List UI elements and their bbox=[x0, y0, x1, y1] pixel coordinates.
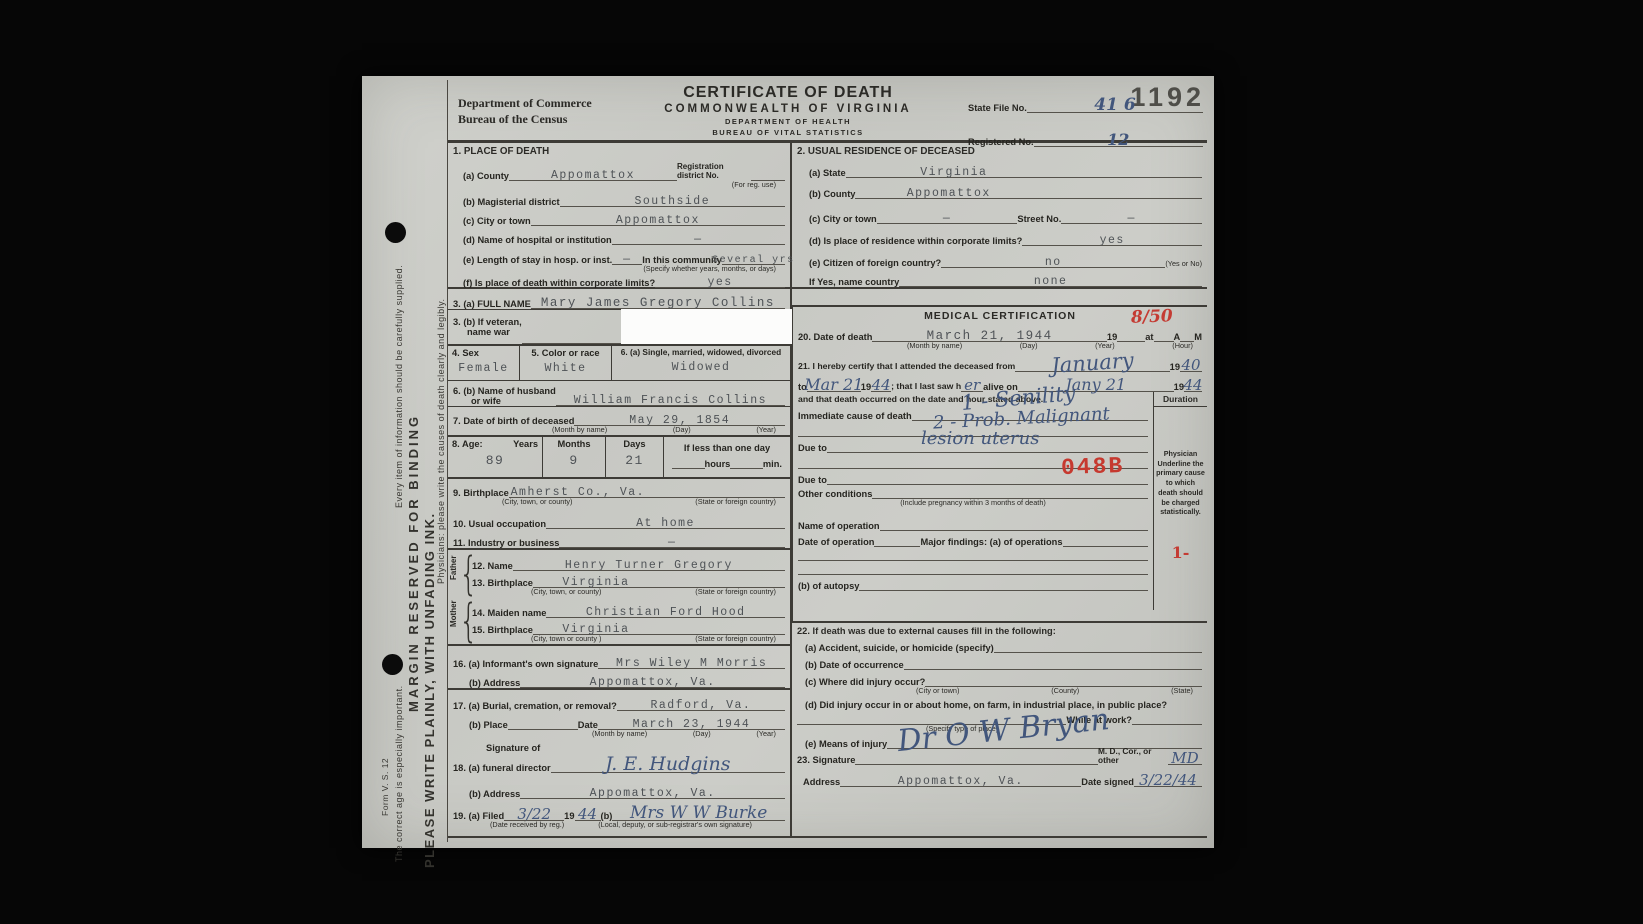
age-label: 8. Age: bbox=[452, 439, 483, 449]
duration-column: Duration Physician Underline the primary… bbox=[1153, 392, 1207, 610]
months-header: Months bbox=[543, 437, 605, 451]
filed-label: 19. (a) Filed bbox=[453, 811, 504, 821]
informant-label: 16. (a) Informant's own signature bbox=[453, 659, 598, 669]
blank-line: March 23, 1944 bbox=[598, 716, 785, 730]
operation-name-row: Name of operation bbox=[793, 515, 1153, 531]
magisterial-label: (b) Magisterial district bbox=[463, 197, 560, 207]
blank-line: March 21, 1944 bbox=[872, 327, 1107, 342]
death-hour-note: (Hour) bbox=[1172, 341, 1193, 350]
yes-no-note: (Yes or No) bbox=[1165, 259, 1202, 268]
birthplace-note2: (State or foreign country) bbox=[695, 497, 776, 506]
corp-limits-value: yes bbox=[707, 276, 732, 289]
informant-address-value: Appomattox, Va. bbox=[590, 676, 716, 689]
less-than-day-label: If less than one day bbox=[664, 437, 790, 455]
blank-line: Christian Ford Hood bbox=[546, 604, 785, 618]
hospital-label: (d) Name of hospital or institution bbox=[463, 235, 612, 245]
blank-line bbox=[1180, 341, 1194, 342]
redaction-box bbox=[621, 309, 792, 344]
hours-label: hours bbox=[705, 459, 731, 469]
blank-line: 44 bbox=[575, 802, 601, 821]
occurrence-date-label: (b) Date of occurrence bbox=[805, 660, 904, 670]
birth-date-block: 7. Date of birth of deceased May 29, 185… bbox=[448, 407, 790, 437]
age-years-cell: 8. Age: Years 89 bbox=[448, 437, 543, 477]
form-header: Department of Commerce Bureau of the Cen… bbox=[448, 80, 1207, 140]
county-value: Appomattox bbox=[551, 169, 635, 182]
years-header: Years bbox=[513, 439, 538, 449]
right-column: 2. USUAL RESIDENCE OF DECEASED (a) State… bbox=[792, 143, 1207, 836]
field-row: (d) Name of hospital or institution — bbox=[448, 226, 790, 245]
blank-line bbox=[1117, 341, 1145, 342]
pregnancy-note: (Include pregnancy within 3 months of de… bbox=[900, 498, 1046, 507]
blank-line: yes bbox=[1022, 232, 1202, 246]
blank-line: January bbox=[1015, 347, 1169, 372]
occupation-row: 10. Usual occupation At home bbox=[448, 509, 790, 529]
blank-line: 40 bbox=[1180, 353, 1202, 372]
am-a: A bbox=[1174, 332, 1181, 342]
birthplace-label: 9. Birthplace bbox=[453, 488, 509, 498]
accident-label: (a) Accident, suicide, or homicide (spec… bbox=[805, 643, 994, 653]
margin-note-physicians: Physicians: please write the causes of d… bbox=[436, 299, 446, 584]
blank-line bbox=[659, 587, 785, 588]
margin-plainly: PLEASE WRITE PLAINLY, WITH UNFADING INK. bbox=[422, 512, 437, 868]
accident-row: (a) Accident, suicide, or homicide (spec… bbox=[792, 636, 1207, 653]
funeral-director-label: 18. (a) funeral director bbox=[453, 763, 551, 773]
citizen-label: (e) Citizen of foreign country? bbox=[809, 258, 941, 268]
injury-where-label: (c) Where did injury occur? bbox=[805, 677, 925, 687]
dept-health-line: DEPARTMENT OF HEALTH bbox=[628, 117, 948, 126]
race-label: 5. Color or race bbox=[520, 346, 611, 360]
signature-label: 23. Signature bbox=[797, 755, 855, 765]
age-months-cell: Months 9 bbox=[543, 437, 606, 477]
other-conditions-row: Other conditions bbox=[793, 485, 1153, 499]
blank-line bbox=[672, 468, 705, 469]
section22-title: 22. If death was due to external causes … bbox=[792, 623, 1207, 636]
section-place-of-death: 1. PLACE OF DEATH (a) County Appomattox … bbox=[448, 143, 790, 289]
operation-name-label: Name of operation bbox=[798, 521, 880, 531]
field-row: (e) Citizen of foreign country? no (Yes … bbox=[792, 246, 1207, 268]
field-row: (b) County Appomattox bbox=[792, 178, 1207, 199]
race-value: White bbox=[520, 362, 611, 375]
blank-line: — bbox=[1061, 210, 1202, 224]
age-days-value: 21 bbox=[606, 453, 663, 468]
informant-address-row: (b) Address Appomattox, Va. bbox=[448, 669, 790, 690]
sex-race-marital-row: 4. Sex Female 5. Color or race White 6. … bbox=[448, 346, 790, 381]
blank-line: Mrs Wiley M Morris bbox=[598, 655, 785, 669]
blank-line: Radford, Va. bbox=[617, 697, 785, 711]
field-row: (a) County Appomattox Registration distr… bbox=[448, 157, 790, 181]
date-signed-label: Date signed bbox=[1081, 777, 1134, 787]
operation-date-label: Date of operation bbox=[798, 537, 874, 547]
attended-label: 21. I hereby certify that I attended the… bbox=[798, 362, 1015, 372]
code-stamp: 048B bbox=[1061, 453, 1125, 481]
birthplace-value: Amherst Co., Va. bbox=[511, 486, 645, 499]
blank-line: Southside bbox=[560, 193, 785, 207]
blank-line: Several yrs bbox=[722, 253, 785, 265]
spouse-label: 6. (b) Name of husbandor wife bbox=[453, 386, 556, 406]
field-row: (c) City or town — Street No. — bbox=[792, 199, 1207, 224]
blank-line bbox=[659, 634, 785, 635]
blank-line: no bbox=[941, 254, 1165, 268]
blank-line: 3/22/44 bbox=[1134, 768, 1202, 787]
due-to-label2: Due to bbox=[798, 475, 827, 485]
stay-value: — bbox=[623, 253, 631, 266]
date-signed-value: 3/22/44 bbox=[1139, 771, 1197, 789]
age-days-cell: Days 21 bbox=[606, 437, 664, 477]
county-label: (a) County bbox=[463, 171, 509, 181]
reg-district-label: Registration district No. bbox=[677, 163, 751, 181]
field-row: (d) Is place of residence within corpora… bbox=[792, 224, 1207, 246]
industry-value: — bbox=[668, 536, 676, 549]
blank-line bbox=[1132, 724, 1202, 725]
mother-name-row: 14. Maiden name Christian Ford Hood bbox=[467, 599, 790, 618]
blank-line: Virginia bbox=[533, 621, 659, 635]
blank-line: — bbox=[559, 534, 785, 548]
blank-line: J. E. Hudgins bbox=[551, 750, 785, 773]
burial-row: 17. (a) Burial, cremation, or removal? R… bbox=[448, 690, 790, 711]
blank-line: Appomattox bbox=[855, 185, 1202, 199]
birth-date-label: 7. Date of birth of deceased bbox=[453, 416, 574, 426]
mother-note2: (State or foreign country) bbox=[695, 634, 776, 643]
bureau-census: Bureau of the Census bbox=[458, 112, 592, 128]
burial-year-note: (Year) bbox=[756, 729, 776, 738]
marital-value: Widowed bbox=[612, 361, 790, 374]
physician-note: Physician Underline the primary cause to… bbox=[1154, 449, 1207, 517]
immediate-cause-label: Immediate cause of death bbox=[798, 411, 912, 421]
reg-use-note: (For reg. use) bbox=[732, 180, 776, 189]
blank-line: MD bbox=[1168, 746, 1202, 765]
community-label: In this community bbox=[642, 255, 722, 265]
blank-line: — bbox=[612, 231, 785, 245]
occupation-label: 10. Usual occupation bbox=[453, 519, 546, 529]
blank-line: — bbox=[612, 251, 642, 265]
blank-line: Mrs W W Burke bbox=[612, 800, 785, 821]
blank-line: William Francis Collins bbox=[556, 392, 785, 406]
filed-b-label: (b) bbox=[601, 811, 613, 821]
funeral-address-label: (b) Address bbox=[469, 789, 520, 799]
county-note: (County) bbox=[1051, 686, 1079, 695]
punch-hole bbox=[382, 654, 403, 675]
last-saw-year: 44 bbox=[1183, 376, 1202, 394]
father-name-row: 12. Name Henry Turner Gregory bbox=[467, 552, 790, 571]
death-19: 19 bbox=[1107, 332, 1117, 342]
blank-line bbox=[751, 180, 785, 181]
at-label: at bbox=[1145, 332, 1153, 342]
blank-line: 44 bbox=[1184, 373, 1202, 392]
father-brace: { bbox=[459, 548, 467, 601]
blank-line: Henry Turner Gregory bbox=[513, 557, 785, 571]
less-than-day-cell: If less than one day hours min. bbox=[664, 437, 790, 477]
min-label: min. bbox=[763, 459, 782, 469]
age-block: 8. Age: Years 89 Months 9 Days 21 I bbox=[448, 437, 790, 479]
month-note: (Month by name) bbox=[552, 425, 607, 434]
funeral-director-block: Signature of 18. (a) funeral director J.… bbox=[448, 741, 790, 781]
left-column: 1. PLACE OF DEATH (a) County Appomattox … bbox=[448, 143, 792, 836]
informant-address-label: (b) Address bbox=[469, 678, 520, 688]
res-county-label: (b) County bbox=[809, 189, 855, 199]
physician-address-row: Address Appomattox, Va. Date signed 3/22… bbox=[792, 765, 1207, 787]
due-to-label1: Due to bbox=[798, 443, 827, 453]
blank-line: May 29, 1854 bbox=[574, 412, 785, 426]
blank-line: Appomattox bbox=[509, 167, 677, 181]
section2-title: 2. USUAL RESIDENCE OF DECEASED bbox=[792, 143, 1207, 157]
physician-address-value: Appomattox, Va. bbox=[898, 775, 1024, 788]
blank-line: Appomattox, Va. bbox=[520, 785, 785, 799]
blank-line: Mar 21 bbox=[807, 372, 861, 392]
city-label: (c) City or town bbox=[463, 216, 531, 226]
blank-line bbox=[1154, 341, 1174, 342]
state-label: (a) State bbox=[809, 168, 846, 178]
res-corp-label: (d) Is place of residence within corpora… bbox=[809, 236, 1022, 246]
blank-line: 3/22 bbox=[504, 802, 564, 821]
issuing-agency: Department of Commerce Bureau of the Cen… bbox=[458, 96, 592, 127]
res-city-label: (c) City or town bbox=[809, 214, 877, 224]
field-row: (a) State Virginia bbox=[792, 157, 1207, 178]
file-numbers: 1192 State File No. 41 6 Registered No. … bbox=[968, 92, 1203, 147]
death-date-row: 20. Date of death March 21, 1944 19 at A… bbox=[793, 322, 1207, 342]
burial-date-label: Date bbox=[578, 720, 598, 730]
blank-line bbox=[730, 468, 763, 469]
margin-binding: MARGIN RESERVED FOR BINDING bbox=[406, 414, 421, 712]
cause-handwriting-3: lesion uterus bbox=[921, 428, 1039, 449]
margin-note-supplied: Every item of information should be care… bbox=[394, 265, 404, 508]
cause-of-death-area: and that death occurred on the date and … bbox=[793, 392, 1153, 610]
age-years-value: 89 bbox=[448, 453, 542, 468]
field-row: (e) Length of stay in hosp. or inst. — I… bbox=[448, 245, 790, 265]
community-value: Several yrs bbox=[712, 255, 795, 266]
margin-note-age: The correct age is especially important. bbox=[394, 685, 404, 862]
other-conditions-label: Other conditions bbox=[798, 489, 872, 499]
filed-19: 19 bbox=[564, 811, 574, 821]
funeral-address-row: (b) Address Appomattox, Va. bbox=[448, 781, 790, 799]
blank-line bbox=[925, 686, 1202, 687]
section1-title: 1. PLACE OF DEATH bbox=[448, 143, 790, 157]
mother-bp-label: 15. Birthplace bbox=[472, 625, 533, 635]
filed-year-value: 44 bbox=[578, 805, 597, 823]
mother-block: Mother { 14. Maiden name Christian Ford … bbox=[448, 598, 790, 646]
medical-certification-box: MEDICAL CERTIFICATION 8/50 20. Date of d… bbox=[792, 305, 1207, 623]
name-country-value: none bbox=[1034, 275, 1068, 288]
blank-line: none bbox=[899, 273, 1202, 287]
father-block: Father { 12. Name Henry Turner Gregory 1… bbox=[448, 550, 790, 598]
blank-line: yes bbox=[655, 274, 785, 288]
field-row: (b) Magisterial district Southside bbox=[448, 189, 790, 207]
year-note: (Year) bbox=[756, 425, 776, 434]
full-name-value: Mary James Gregory Collins bbox=[541, 296, 775, 310]
age-months-value: 9 bbox=[543, 453, 605, 468]
field-row: If Yes, name country none bbox=[792, 268, 1207, 287]
injury-place-label: (d) Did injury occur in or about home, o… bbox=[805, 700, 1167, 710]
spouse-value: William Francis Collins bbox=[574, 394, 767, 407]
race-cell: 5. Color or race White bbox=[520, 346, 612, 380]
blank-line: Appomattox bbox=[531, 212, 785, 226]
death-date-label: 20. Date of death bbox=[798, 332, 872, 342]
veteran-label: 3. (b) If veteran,name war bbox=[453, 317, 522, 337]
father-bp-row: 13. Birthplace Virginia bbox=[467, 571, 790, 588]
spouse-row: 6. (b) Name of husbandor wife William Fr… bbox=[448, 381, 790, 407]
blank-line: Appomattox, Va. bbox=[520, 674, 785, 688]
form-number: Form V. S. 12 bbox=[380, 758, 390, 816]
filed-date-value: 3/22 bbox=[517, 805, 551, 823]
burial-label: 17. (a) Burial, cremation, or removal? bbox=[453, 701, 617, 711]
certificate-title: CERTIFICATE OF DEATH bbox=[628, 84, 948, 102]
death-date-value: March 21, 1944 bbox=[927, 329, 1053, 343]
attended-19a: 19 bbox=[1170, 362, 1180, 372]
sex-label: 4. Sex bbox=[448, 346, 519, 360]
certificate-paper: Form V. S. 12 Every item of information … bbox=[362, 76, 1214, 848]
corp-limits-label: (f) Is place of death within corporate l… bbox=[463, 278, 655, 288]
punch-hole bbox=[385, 222, 406, 243]
registrar-signature: Mrs W W Burke bbox=[630, 803, 767, 823]
md-cor-label: M. D., Cor., or other bbox=[1098, 747, 1168, 765]
occurrence-date-row: (b) Date of occurrence bbox=[792, 653, 1207, 670]
mother-name-label: 14. Maiden name bbox=[472, 608, 546, 618]
days-header: Days bbox=[606, 437, 663, 451]
father-bp-label: 13. Birthplace bbox=[472, 578, 533, 588]
full-name-row: 3. (a) FULL NAME Mary James Gregory Coll… bbox=[448, 289, 790, 310]
father-bp-value: Virginia bbox=[562, 576, 629, 589]
sex-value: Female bbox=[448, 362, 519, 375]
mother-brace: { bbox=[459, 595, 467, 648]
field-row: (f) Is place of death within corporate l… bbox=[448, 273, 790, 288]
industry-label: 11. Industry or business bbox=[453, 538, 559, 548]
filed-block: 19. (a) Filed 3/22 19 44 (b) Mrs W W Bur… bbox=[448, 799, 790, 837]
physician-address-label: Address bbox=[803, 777, 840, 787]
blank-line bbox=[508, 729, 578, 730]
birth-date-value: May 29, 1854 bbox=[629, 414, 730, 427]
burial-date-block: (b) Place Date March 23, 1944 (Month by … bbox=[448, 711, 790, 741]
informant-row: 16. (a) Informant's own signature Mrs Wi… bbox=[448, 646, 790, 669]
blank-line: Mary James Gregory Collins bbox=[531, 294, 785, 309]
operation-date-row: Date of operation Major findings: (a) of… bbox=[793, 531, 1153, 547]
blank-line bbox=[872, 498, 1148, 499]
duration-header: Duration bbox=[1154, 392, 1207, 407]
blank-line bbox=[647, 497, 785, 498]
state-file-label: State File No. bbox=[968, 103, 1027, 113]
title-block: CERTIFICATE OF DEATH COMMONWEALTH OF VIR… bbox=[628, 84, 948, 137]
blank-line: At home bbox=[546, 515, 785, 529]
blank-line: Appomattox, Va. bbox=[840, 773, 1081, 787]
industry-row: 11. Industry or business — bbox=[448, 529, 790, 550]
blank-line: Virginia bbox=[846, 164, 1202, 178]
father-side-label: Father bbox=[449, 569, 458, 580]
certificate-form: Department of Commerce Bureau of the Cen… bbox=[447, 80, 1207, 842]
stay-label: (e) Length of stay in hosp. or inst. bbox=[463, 255, 612, 265]
burial-date-value: March 23, 1944 bbox=[633, 718, 751, 731]
section-signature: Dr O W Bryan 23. Signature M. D., Cor., … bbox=[792, 741, 1207, 787]
blank-line bbox=[859, 590, 1148, 591]
mother-side-label: Mother bbox=[449, 616, 458, 627]
bureau-vital-line: BUREAU OF VITAL STATISTICS bbox=[628, 128, 948, 137]
street-label: Street No. bbox=[1017, 214, 1061, 224]
name-country-label: If Yes, name country bbox=[809, 277, 899, 287]
marital-cell: 6. (a) Single, married, widowed, divorce… bbox=[612, 346, 790, 380]
last-saw-label: ; that I last saw h bbox=[891, 382, 961, 392]
blank-line: — bbox=[877, 210, 1018, 224]
birthplace-block: 9. Birthplace Amherst Co., Va. (City, to… bbox=[448, 479, 790, 509]
marital-label: 6. (a) Single, married, widowed, divorce… bbox=[612, 346, 790, 359]
mother-bp-value: Virginia bbox=[562, 623, 629, 636]
blank-line: 44 bbox=[871, 373, 891, 392]
sex-cell: 4. Sex Female bbox=[448, 346, 520, 380]
major-findings-label: Major findings: (a) of operations bbox=[920, 537, 1062, 547]
blank-line: Virginia bbox=[533, 574, 659, 588]
underline-mark-stamp: 1- bbox=[1172, 543, 1190, 562]
blank-line: Amherst Co., Va. bbox=[509, 484, 647, 498]
full-name-label: 3. (a) FULL NAME bbox=[453, 299, 531, 309]
autopsy-label: (b) of autopsy bbox=[798, 581, 859, 591]
section-residence: 2. USUAL RESIDENCE OF DECEASED (a) State… bbox=[792, 143, 1207, 289]
state-file-value: 41 6 bbox=[1094, 95, 1135, 115]
funeral-director-signature: J. E. Hudgins bbox=[605, 753, 730, 775]
father-name-label: 12. Name bbox=[472, 561, 513, 571]
alive-19: 19 bbox=[1174, 382, 1184, 392]
autopsy-row: (b) of autopsy bbox=[793, 575, 1153, 591]
injury-where-row: (c) Where did injury occur? bbox=[792, 670, 1207, 687]
burial-place-label: (b) Place bbox=[469, 720, 508, 730]
dept-commerce: Department of Commerce bbox=[458, 96, 592, 112]
state-note: (State) bbox=[1171, 686, 1193, 695]
city-town-note: (City or town) bbox=[916, 686, 959, 695]
commonwealth-line: COMMONWEALTH OF VIRGINIA bbox=[628, 103, 948, 115]
father-note2: (State or foreign country) bbox=[695, 587, 776, 596]
mother-bp-row: 15. Birthplace Virginia bbox=[467, 618, 790, 635]
field-row: (c) City or town Appomattox bbox=[448, 207, 790, 226]
am-m: M bbox=[1194, 332, 1202, 342]
attended-row1: 21. I hereby certify that I attended the… bbox=[793, 350, 1207, 372]
